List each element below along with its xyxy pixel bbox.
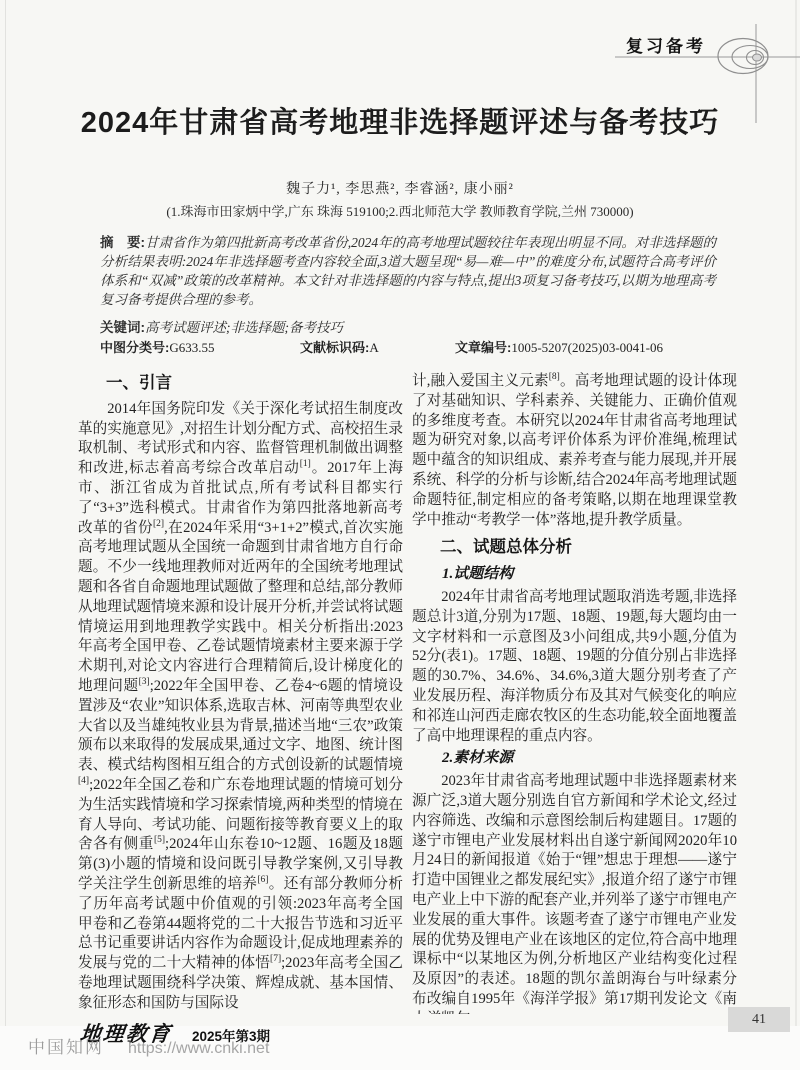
subsection-heading-structure: 1.试题结构 (412, 565, 737, 585)
article-id-label: 文章编号: (455, 340, 511, 355)
cnki-site-name: 中国知网 (28, 1038, 104, 1057)
right-column: 计,融入爱国主义元素[8]。高考地理试题的设计体现了对基础知识、学科素养、关键能… (412, 372, 737, 1014)
article-id: 文章编号:1005-5207(2025)03-0041-06 (455, 337, 663, 356)
keywords-text: 高考试题评述;非选择题;备考技巧 (145, 320, 343, 335)
structure-paragraph: 2024年甘肃省高考地理试题取消选考题,非选择题总计3道,分别为17题、18题、… (412, 588, 737, 746)
clc-label: 中图分类号: (100, 340, 169, 355)
abstract-label: 摘 要: (100, 235, 145, 250)
document-code: 文献标识码:A (300, 337, 379, 356)
subsection-heading-sources: 2.素材来源 (412, 749, 737, 769)
doc-code-value: A (369, 340, 378, 355)
abstract-block: 摘 要:甘肃省作为第四批新高考改革省份,2024年的高考地理试题较往年表现出明显… (100, 233, 716, 309)
page-left-edge (5, 0, 6, 1070)
introduction-continued-paragraph: 计,融入爱国主义元素[8]。高考地理试题的设计体现了对基础知识、学科素养、关键能… (412, 372, 737, 530)
meta-row: 中图分类号:G633.55 文献标识码:A 文章编号:1005-5207(202… (100, 337, 740, 355)
page-number-badge: 41 (728, 1007, 790, 1032)
affiliations-line: (1.珠海市田家炳中学,广东 珠海 519100;2.西北师范大学 教师教育学院… (0, 201, 800, 220)
article-title: 2024年甘肃省高考地理非选择题评述与备考技巧 (0, 100, 800, 141)
abstract-text: 甘肃省作为第四批新高考改革省份,2024年的高考地理试题较往年表现出明显不同。对… (100, 235, 716, 307)
article-id-value: 1005-5207(2025)03-0041-06 (511, 340, 663, 355)
left-column: 一、引言 2014年国务院印发《关于深化考试招生制度改革的实施意见》,对招生计划… (78, 372, 403, 1014)
clc-value: G633.55 (169, 340, 214, 355)
keywords-label: 关键词: (100, 320, 145, 335)
page-right-edge (795, 0, 797, 1070)
introduction-paragraph: 2014年国务院印发《关于深化考试招生制度改革的实施意见》,对招生计划分配方式、… (78, 400, 403, 1014)
keywords-block: 关键词:高考试题评述;非选择题;备考技巧 (100, 316, 716, 336)
cnki-site-url: https://www.cnki.net (128, 1040, 269, 1057)
clc-number: 中图分类号:G633.55 (100, 337, 214, 356)
cnki-watermark: 中国知网 https://www.cnki.net (28, 1033, 269, 1058)
doc-code-label: 文献标识码: (300, 340, 369, 355)
section-heading-overall-analysis: 二、试题总体分析 (412, 538, 737, 558)
section-heading-introduction: 一、引言 (78, 374, 403, 394)
sources-paragraph: 2023年甘肃省高考地理试题中非选择题素材来源广泛,3道大题分别选自官方新闻和学… (412, 772, 737, 1014)
authors-line: 魏子力¹, 李思燕², 李睿涵², 康小丽² (0, 178, 800, 198)
